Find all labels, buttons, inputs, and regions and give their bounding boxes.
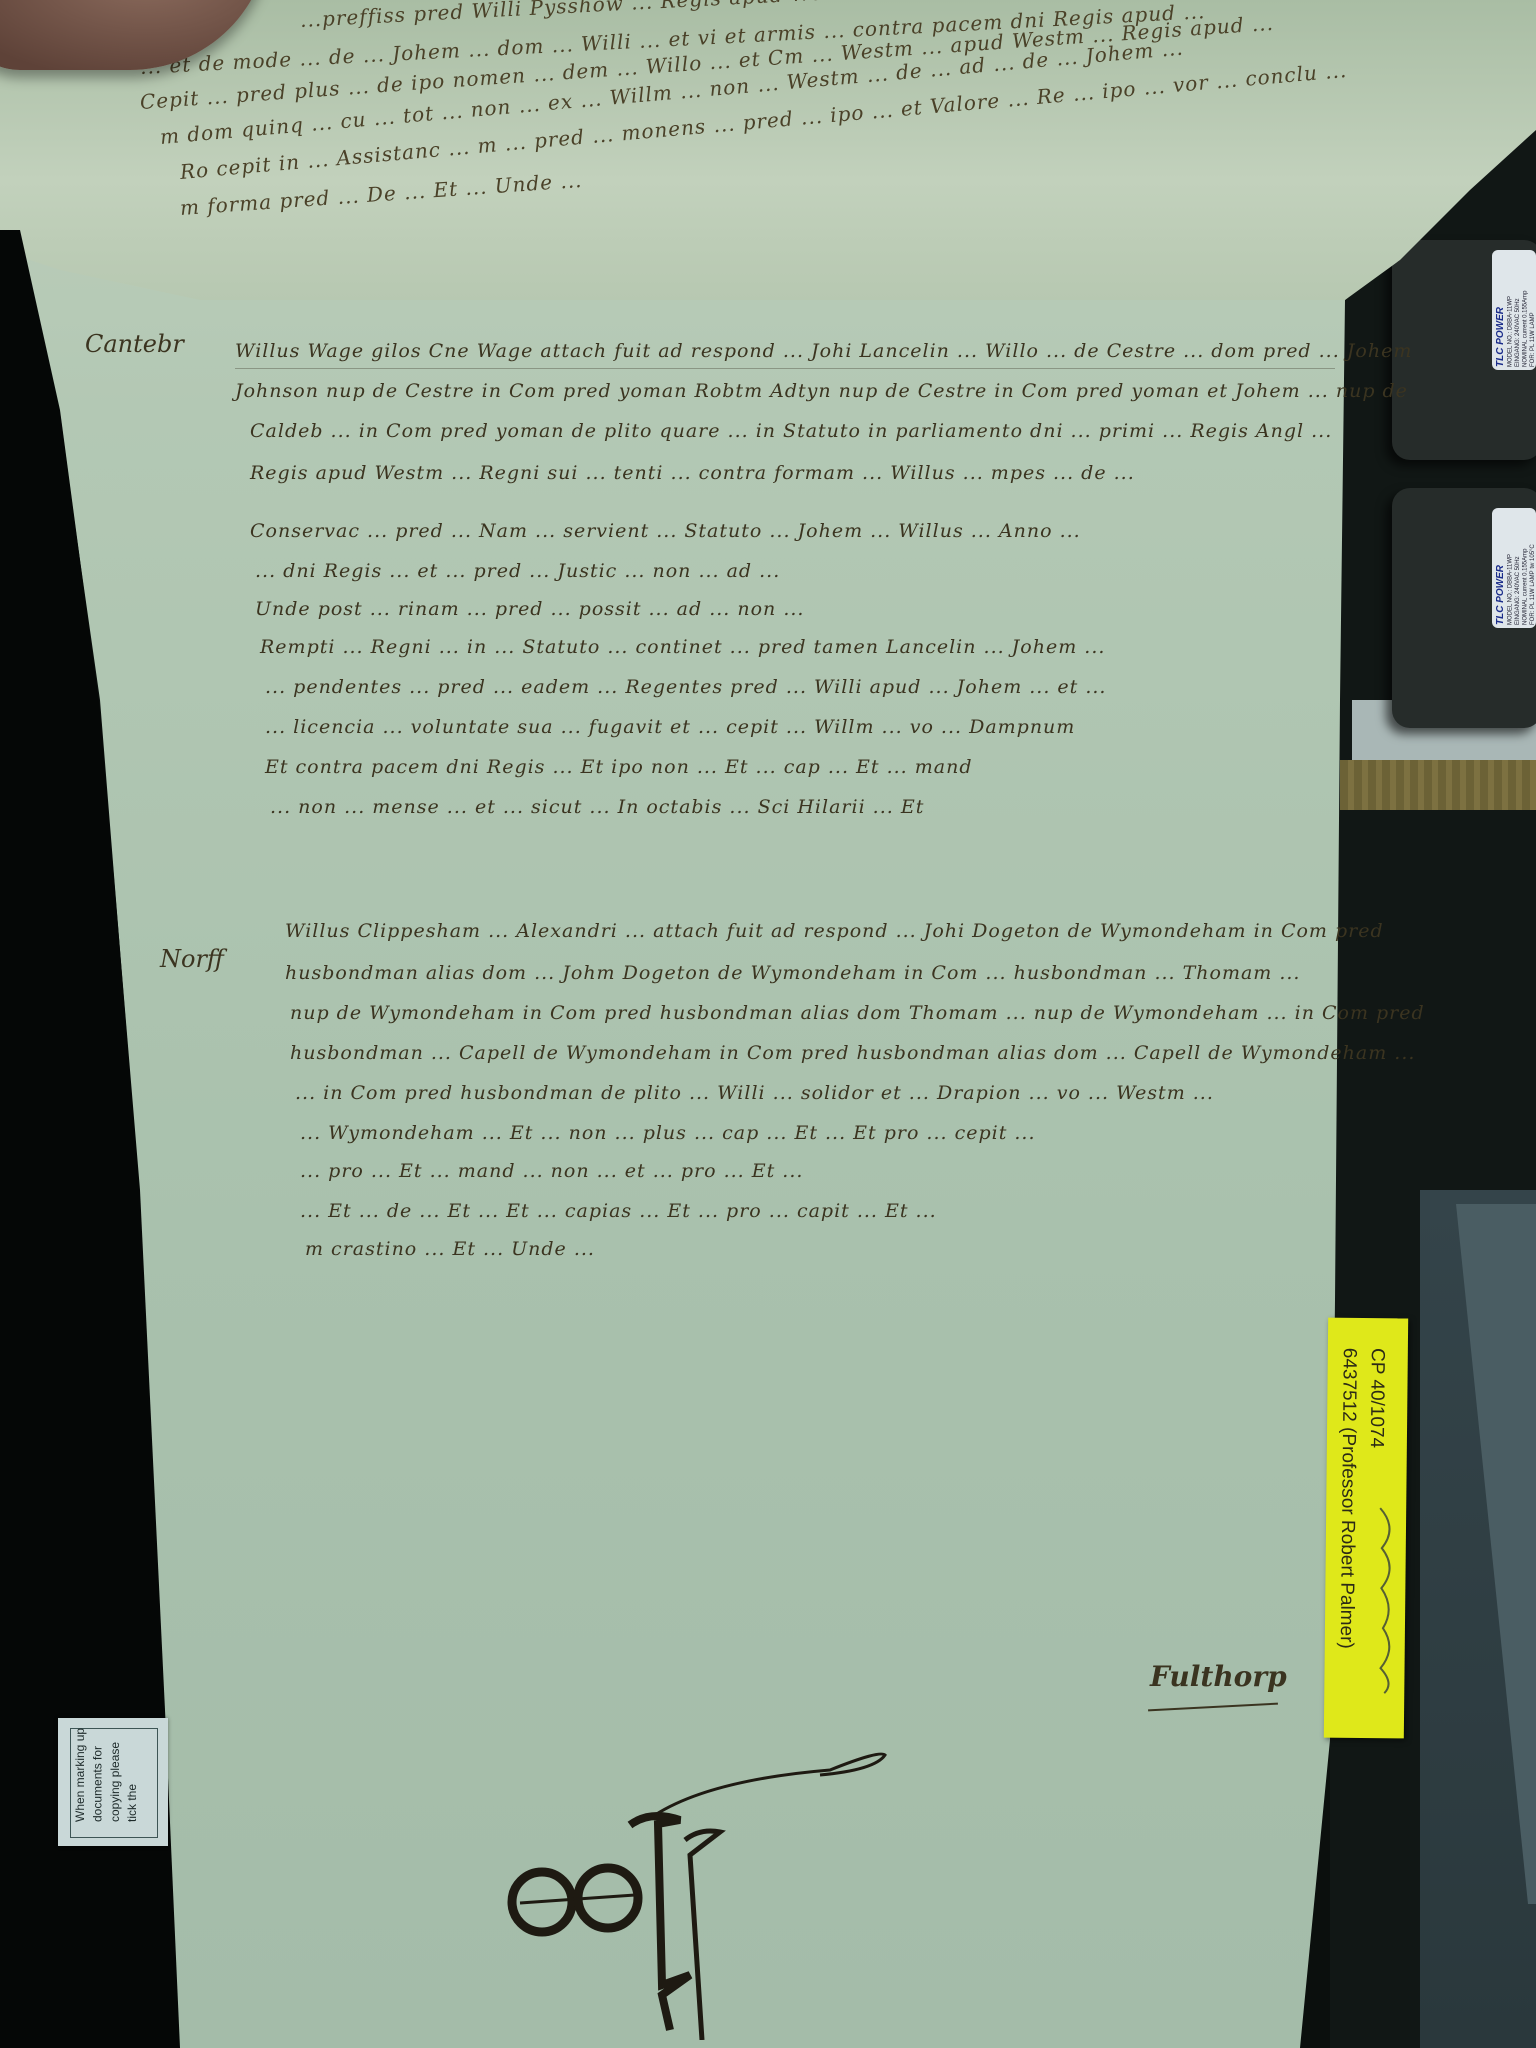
handwriting-line: Rempti ... Regni ... in ... Statuto ... …	[260, 636, 1105, 658]
handwriting-line: ... pendentes ... pred ... eadem ... Reg…	[265, 676, 1106, 698]
ballast-input: EINGANG: 240VAC 50Hz	[1515, 556, 1521, 625]
margin-county-note: Norff	[160, 945, 224, 973]
ballast-model: MODEL NO.: DBBA-11WP	[1508, 296, 1514, 367]
ballast-label-2: TLC POWER MODEL NO.: DBBA-11WP EINGANG: …	[1492, 508, 1536, 628]
ballast-temp: tw 105°C	[1530, 544, 1536, 568]
handwriting-line: Johnson nup de Cestre in Com pred yoman …	[235, 380, 1408, 402]
ballast-model: MODEL NO.: DBBA-11WP	[1508, 554, 1514, 625]
handwriting-line: ... in Com pred husbondman de plito ... …	[295, 1082, 1214, 1104]
handwriting-line: Regis apud Westm ... Regni sui ... tenti…	[250, 462, 1135, 484]
ballast-label-1: TLC POWER MODEL NO.: DBBA-11WP EINGANG: …	[1492, 250, 1536, 370]
copying-notice-card: When marking up documents for copying pl…	[58, 1718, 168, 1846]
grey-slab	[1456, 1204, 1536, 1904]
handwriting-line: ... pro ... Et ... mand ... non ... et .…	[300, 1160, 803, 1182]
handwriting-line: husbondman alias dom ... Johm Dogeton de…	[285, 962, 1300, 984]
document-reference: CP 40/1074	[1365, 1348, 1388, 1448]
handwriting-line: Willus Wage gilos Cne Wage attach fuit a…	[235, 340, 1412, 362]
ballast-brand: TLC POWER	[1495, 565, 1506, 625]
lamp-ballast-1: TLC POWER MODEL NO.: DBBA-11WP EINGANG: …	[1392, 240, 1536, 460]
margin-county-note: Cantebr	[85, 330, 184, 358]
handwriting-line: Unde post ... rinam ... pred ... possit …	[255, 598, 804, 620]
order-reference: 6437512 (Professor Robert Palmer)	[1335, 1348, 1360, 1649]
ballast-brand: TLC POWER	[1495, 307, 1506, 367]
handwritten-scribble-icon	[1374, 1498, 1402, 1698]
notice-text: When marking up documents for copying pl…	[72, 1722, 138, 1822]
warrant-mark-icon	[480, 1740, 900, 2040]
handwriting-line: Willus Clippesham ... Alexandri ... atta…	[285, 920, 1384, 942]
handwriting-line: ... non ... mense ... et ... sicut ... I…	[270, 796, 924, 818]
clerk-signature: Fulthorp	[1150, 1660, 1287, 1693]
handwriting-line: ... dni Regis ... et ... pred ... Justic…	[255, 560, 780, 582]
handwriting-line: husbondman ... Capell de Wymondeham in C…	[290, 1042, 1415, 1064]
ballast-lamp: FOR: PL 11W LAMP	[1530, 570, 1536, 625]
handwriting-line: Caldeb ... in Com pred yoman de plito qu…	[250, 420, 1332, 442]
handwriting-line: Et contra pacem dni Regis ... Et ipo non…	[265, 756, 972, 778]
wooden-shelf	[1340, 760, 1536, 810]
ballast-input: EINGANG: 240VAC 50Hz	[1515, 298, 1521, 367]
handwriting-line: nup de Wymondeham in Com pred husbondman…	[290, 1002, 1425, 1024]
grey-board	[1420, 1190, 1536, 2048]
ballast-lamp: FOR: PL 11W LAMP	[1530, 312, 1536, 367]
ballast-current: NOMINAL current 0.155Amp	[1523, 291, 1529, 367]
ballast-current: NOMINAL current 0.155Amp	[1523, 549, 1529, 625]
handwriting-line: Conservac ... pred ... Nam ... servient …	[250, 520, 1081, 542]
handwriting-line: m crastino ... Et ... Unde ...	[305, 1238, 595, 1260]
handwriting-line: ... Et ... de ... Et ... Et ... capias .…	[300, 1200, 937, 1222]
archive-reference-slip: CP 40/1074 6437512 (Professor Robert Pal…	[1324, 1318, 1408, 1739]
ruling-line	[235, 368, 1335, 369]
handwriting-line: ... licencia ... voluntate sua ... fugav…	[265, 716, 1075, 738]
lamp-ballast-2: TLC POWER MODEL NO.: DBBA-11WP EINGANG: …	[1392, 488, 1536, 728]
handwriting-line: ... Wymondeham ... Et ... non ... plus .…	[300, 1122, 1036, 1144]
